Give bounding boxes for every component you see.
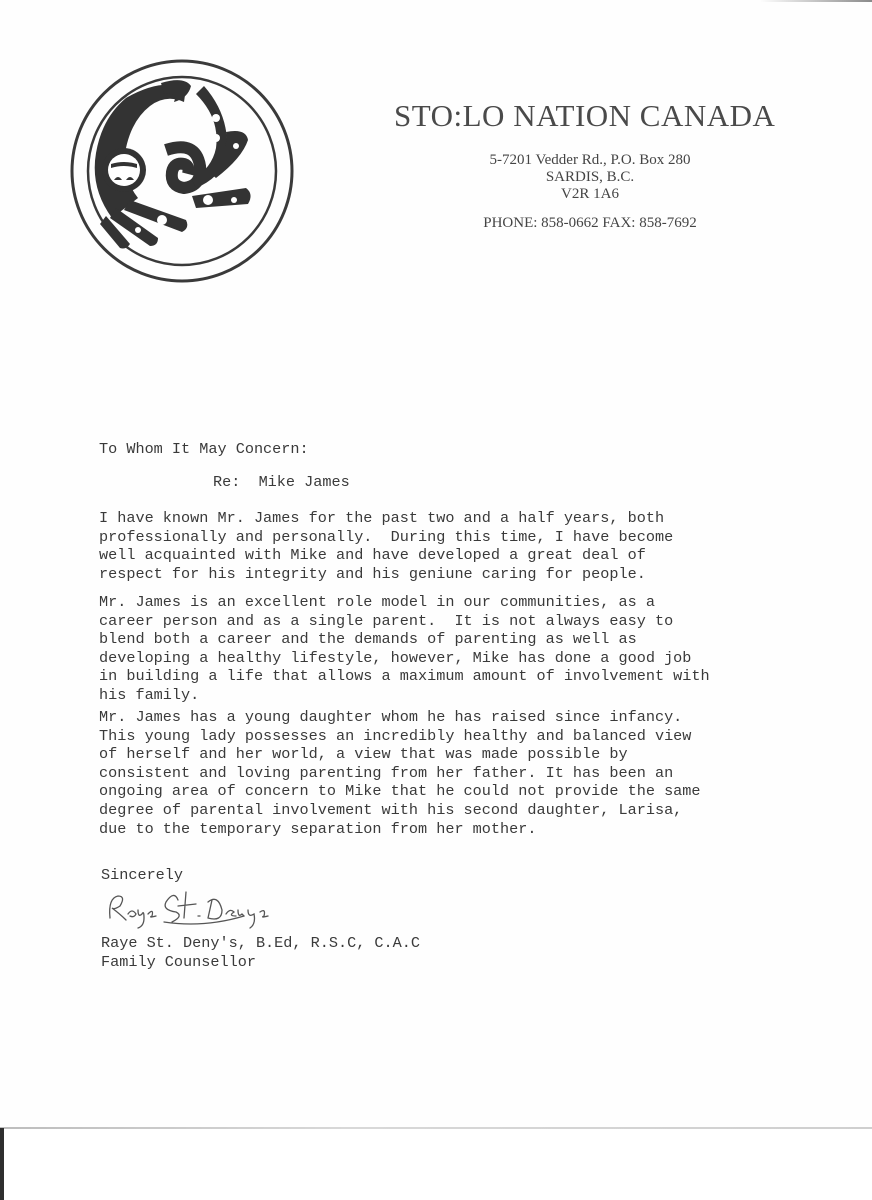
organization-name: STO:LO NATION CANADA [394, 98, 814, 134]
body-paragraph: Mr. James has a young daughter whom he h… [99, 708, 779, 838]
letter-page: STO:LO NATION CANADA 5-7201 Vedder Rd., … [0, 0, 872, 1128]
signer-title: Family Counsellor [101, 953, 256, 972]
scan-edge [760, 0, 872, 2]
address-postal-code: V2R 1A6 [440, 186, 740, 203]
body-paragraph: Mr. James is an excellent role model in … [99, 593, 779, 705]
address-street: 5-7201 Vedder Rd., P.O. Box 280 [440, 152, 740, 169]
contact-numbers: PHONE: 858-0662 FAX: 858-7692 [440, 215, 740, 232]
signer-name: Raye St. Deny's, B.Ed, R.S.C, C.A.C [101, 934, 420, 953]
subject-line: Re: Mike James [213, 473, 350, 492]
salutation: To Whom It May Concern: [99, 440, 309, 459]
sto-lo-emblem-icon [66, 58, 298, 284]
address-city: SARDIS, B.C. [440, 169, 740, 186]
handwritten-signature [104, 888, 294, 930]
closing: Sincerely [101, 866, 183, 885]
scan-edge-line [0, 1127, 872, 1129]
scan-left-edge [0, 1128, 4, 1200]
body-paragraph: I have known Mr. James for the past two … [99, 509, 779, 583]
